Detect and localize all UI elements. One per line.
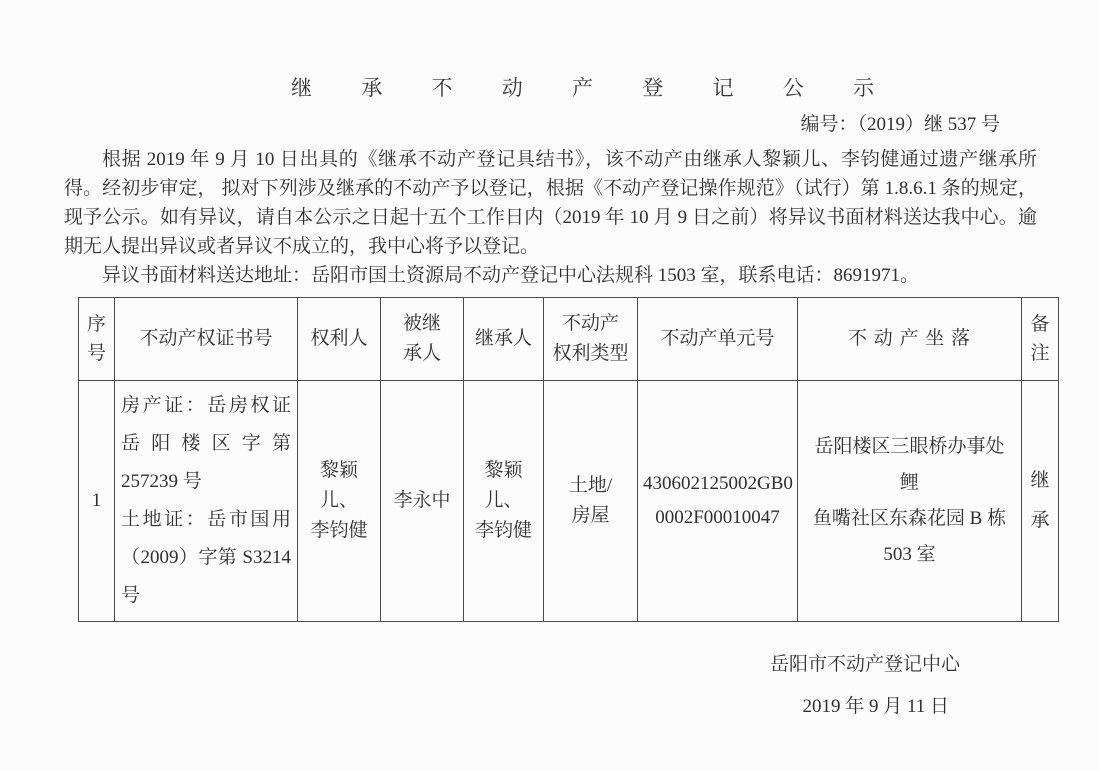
document-number: 编号：（2019）继 537 号 [0,109,1000,136]
header-certificate-no: 不动产权证书号 [115,298,298,381]
header-location: 不 动 产 坐 落 [798,298,1022,381]
body-paragraph-2: 异议书面材料送达地址：岳阳市国土资源局不动产登记中心法规科 1503 室，联系电… [64,261,1037,290]
cell-unit-no: 430602125002GB0 0002F00010047 [638,381,798,622]
cell-decedent: 李永中 [381,381,464,622]
table-row: 1 房产证：岳房权证岳阳楼区字第 257239 号 土地证：岳市国用（2009）… [79,381,1059,622]
cell-right-type: 土地/ 房屋 [544,381,638,622]
header-right-type: 不动产 权利类型 [544,298,638,381]
cell-seq-no: 1 [79,381,115,622]
document-body: 根据 2019 年 9 月 10 日出具的《继承不动产登记具结书》，该不动产由继… [64,145,1037,290]
cell-right-holder: 黎颖儿、 李钧健 [298,381,381,622]
issuer-signature: 岳阳市不动产登记中心 [0,649,960,676]
document-title: 继 承 不 动 产 登 记 公 示 [0,0,1099,102]
header-remark: 备 注 [1022,298,1059,381]
registration-table: 序 号 不动产权证书号 权利人 被继 承人 继承人 不动产 权利类型 不动产单元… [78,297,1059,622]
header-decedent: 被继 承人 [381,298,464,381]
cell-remark: 继 承 [1022,381,1059,622]
cell-certificate-no: 房产证：岳房权证岳阳楼区字第 257239 号 土地证：岳市国用（2009）字第… [115,381,298,622]
table-header-row: 序 号 不动产权证书号 权利人 被继 承人 继承人 不动产 权利类型 不动产单元… [79,298,1059,381]
header-heir: 继承人 [464,298,544,381]
issue-date: 2019 年 9 月 11 日 [0,691,949,718]
header-unit-no: 不动产单元号 [638,298,798,381]
scanned-document-page: 继 承 不 动 产 登 记 公 示 编号：（2019）继 537 号 根据 20… [0,0,1099,770]
cell-heir: 黎颖儿、 李钧健 [464,381,544,622]
header-seq-no: 序 号 [79,298,115,381]
header-right-holder: 权利人 [298,298,381,381]
body-paragraph-1: 根据 2019 年 9 月 10 日出具的《继承不动产登记具结书》，该不动产由继… [64,145,1037,261]
cell-location: 岳阳楼区三眼桥办事处鲤 鱼嘴社区东森花园 B 栋 503 室 [798,381,1022,622]
